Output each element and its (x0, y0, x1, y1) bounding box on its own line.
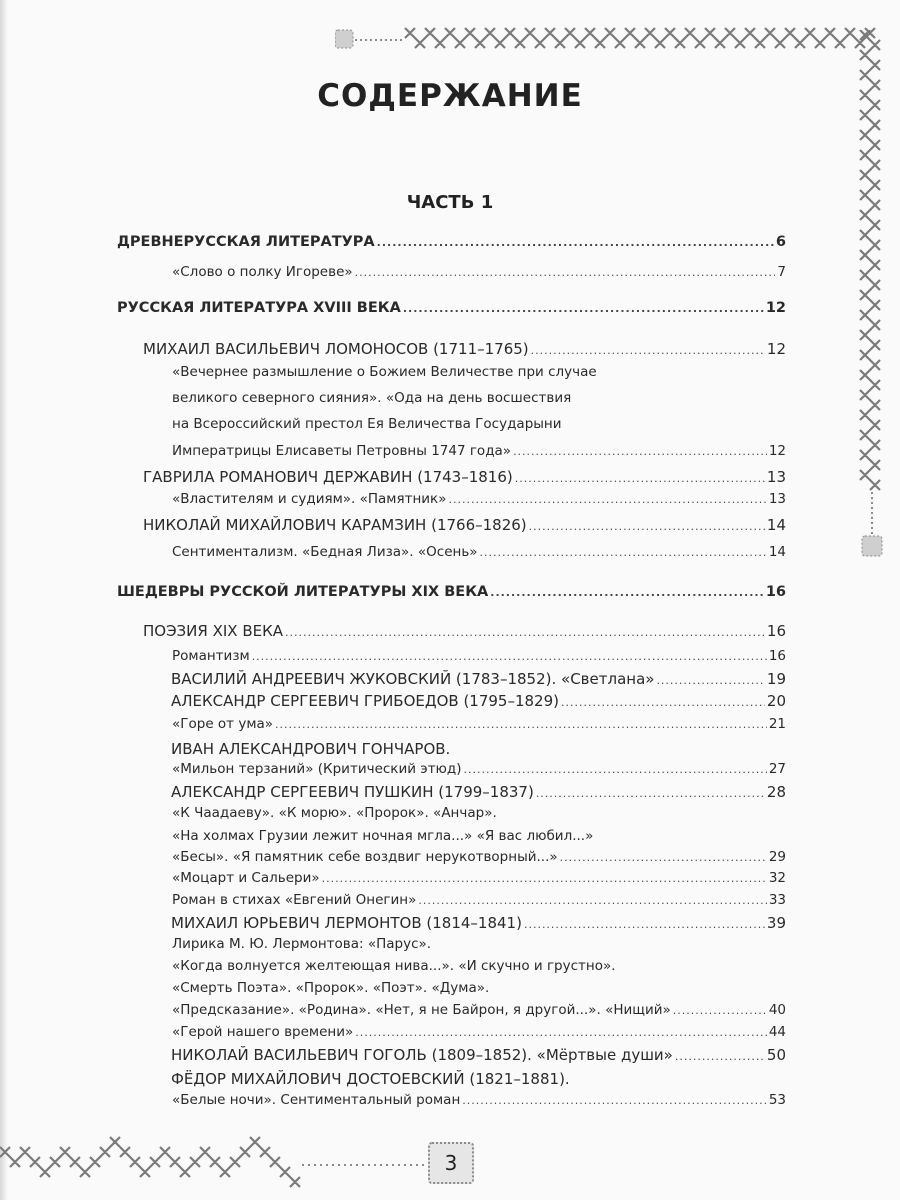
toc-entry-title: великого северного сияния». «Ода на день… (172, 390, 571, 406)
toc-entry: великого северного сияния». «Ода на день… (172, 390, 786, 406)
toc-entry-title: на Всероссийский престол Ея Величества Г… (172, 416, 562, 432)
toc-entry-page: 20 (767, 692, 786, 710)
toc-entry-page: 53 (769, 1092, 786, 1108)
dot-leader (355, 1026, 767, 1039)
dot-leader (560, 851, 767, 864)
dot-leader (480, 546, 767, 559)
toc-entry-title: ДРЕВНЕРУССКАЯ ЛИТЕРАТУРА (117, 234, 375, 250)
toc-entry-title: «На холмах Грузии лежит ночная мгла...» … (172, 828, 593, 844)
dot-leader (418, 894, 766, 907)
toc-entry: АЛЕКСАНДР СЕРГЕЕВИЧ ПУШКИН (1799–1837)28 (171, 783, 786, 801)
toc-entry: ВАСИЛИЙ АНДРЕЕВИЧ ЖУКОВСКИЙ (1783–1852).… (171, 670, 786, 688)
toc-entry: «К Чаадаеву». «К морю». «Пророк». «Анчар… (172, 805, 786, 821)
dot-leader (275, 718, 767, 731)
toc-entry-page: 27 (769, 761, 786, 777)
dot-leader (524, 918, 765, 931)
toc-entry: Сентиментализм. «Бедная Лиза». «Осень»14 (172, 544, 786, 560)
toc-entry-title: Императрицы Елисаветы Петровны 1747 года… (172, 443, 511, 459)
dot-leader (285, 626, 765, 639)
toc-entry: «Бесы». «Я памятник себе воздвиг нерукот… (172, 849, 786, 865)
page-number: 3 (428, 1142, 474, 1184)
toc-entry-title: «Бесы». «Я памятник себе воздвиг нерукот… (172, 849, 558, 865)
toc-entry: на Всероссийский престол Ея Величества Г… (172, 416, 786, 432)
toc-entry-page: 14 (769, 544, 786, 560)
toc-entry-title: НИКОЛАЙ ВАСИЛЬЕВИЧ ГОГОЛЬ (1809–1852). «… (171, 1046, 673, 1064)
dot-leader (252, 650, 767, 663)
toc-entry-title: «Мильон терзаний» (Критический этюд) (172, 761, 462, 777)
toc-entry-title: НИКОЛАЙ МИХАЙЛОВИЧ КАРАМЗИН (1766–1826) (143, 516, 527, 534)
toc-entry-page: 14 (767, 516, 786, 534)
toc-entry: НИКОЛАЙ ВАСИЛЬЕВИЧ ГОГОЛЬ (1809–1852). «… (171, 1046, 786, 1064)
toc-entry-page: 50 (767, 1046, 786, 1064)
dot-leader (322, 872, 767, 885)
dot-leader (490, 586, 764, 599)
toc-entry-title: АЛЕКСАНДР СЕРГЕЕВИЧ ГРИБОЕДОВ (1795–1829… (171, 692, 559, 710)
toc-entry-title: РУССКАЯ ЛИТЕРАТУРА XVIII ВЕКА (117, 300, 401, 316)
toc-entry: МИХАИЛ ВАСИЛЬЕВИЧ ЛОМОНОСОВ (1711–1765)1… (143, 340, 786, 358)
toc-entry: Роман в стихах «Евгений Онегин»33 (172, 892, 786, 908)
toc-entry-title: «Герой нашего времени» (172, 1024, 353, 1040)
toc-entry-page: 16 (766, 584, 786, 600)
toc-entry: «Слово о полку Игореве»7 (172, 264, 786, 280)
toc-entry-title: Сентиментализм. «Бедная Лиза». «Осень» (172, 544, 478, 560)
toc-entry-title: АЛЕКСАНДР СЕРГЕЕВИЧ ПУШКИН (1799–1837) (171, 783, 534, 801)
toc-entry-page: 33 (769, 892, 786, 908)
dot-leader (448, 493, 766, 506)
toc-entry-title: ФЁДОР МИХАЙЛОВИЧ ДОСТОЕВСКИЙ (1821–1881)… (171, 1070, 570, 1088)
toc-entry-title: «Белые ночи». Сентиментальный роман (172, 1092, 460, 1108)
toc-entry-page: 6 (776, 234, 786, 250)
toc-entry: «Герой нашего времени»44 (172, 1024, 786, 1040)
toc-entry-page: 12 (769, 443, 786, 459)
toc-entry-page: 13 (769, 491, 786, 507)
toc-entry: «Мильон терзаний» (Критический этюд)27 (172, 761, 786, 777)
dot-leader (403, 302, 764, 315)
toc-entry: Романтизм16 (172, 648, 786, 664)
toc-entry: МИХАИЛ ЮРЬЕВИЧ ЛЕРМОНТОВ (1814–1841)39 (171, 914, 786, 932)
dot-leader (464, 763, 767, 776)
toc-entry: ГАВРИЛА РОМАНОВИЧ ДЕРЖАВИН (1743–1816)13 (143, 468, 786, 486)
toc-entry: Императрицы Елисаветы Петровны 1747 года… (172, 443, 786, 459)
dot-leader (561, 696, 765, 709)
toc-entry-title: «Когда волнуется желтеющая нива...». «И … (172, 958, 616, 974)
toc-entry-title: Романтизм (172, 648, 250, 664)
toc-entry-title: «Горе от ума» (172, 716, 273, 732)
toc-entry: ШЕДЕВРЫ РУССКОЙ ЛИТЕРАТУРЫ XIX ВЕКА16 (117, 584, 786, 600)
toc-entry-title: «Вечернее размышление о Божием Величеств… (172, 364, 597, 380)
toc-entry: «Горе от ума»21 (172, 716, 786, 732)
toc-entry: «Вечернее размышление о Божием Величеств… (172, 364, 786, 380)
toc-entry-page: 19 (767, 670, 786, 688)
toc-entry: Лирика М. Ю. Лермонтова: «Парус». (172, 936, 786, 952)
dot-leader (675, 1050, 765, 1063)
dot-leader (673, 1004, 767, 1017)
toc-entry-title: МИХАИЛ ЮРЬЕВИЧ ЛЕРМОНТОВ (1814–1841) (171, 914, 522, 932)
toc-entry: ИВАН АЛЕКСАНДРОВИЧ ГОНЧАРОВ. (171, 740, 786, 758)
toc-entry: «Белые ночи». Сентиментальный роман53 (172, 1092, 786, 1108)
toc-entry: «Властителям и судиям». «Памятник»13 (172, 491, 786, 507)
toc-entry: «Предсказание». «Родина». «Нет, я не Бай… (172, 1002, 786, 1018)
toc-entry-page: 13 (767, 468, 786, 486)
toc-entry-title: ГАВРИЛА РОМАНОВИЧ ДЕРЖАВИН (1743–1816) (143, 468, 513, 486)
toc-entry-title: «Слово о полку Игореве» (172, 264, 353, 280)
toc-entry-title: Лирика М. Ю. Лермонтова: «Парус». (172, 936, 431, 952)
toc-entry-page: 40 (769, 1002, 786, 1018)
toc-entry-title: Роман в стихах «Евгений Онегин» (172, 892, 416, 908)
toc-entry-title: «К Чаадаеву». «К морю». «Пророк». «Анчар… (172, 805, 497, 821)
toc-entry-title: ИВАН АЛЕКСАНДРОВИЧ ГОНЧАРОВ. (171, 740, 450, 758)
toc-entry: «Смерть Поэта». «Пророк». «Поэт». «Дума»… (172, 980, 786, 996)
toc-entry-page: 16 (769, 648, 786, 664)
toc-entry-title: ВАСИЛИЙ АНДРЕЕВИЧ ЖУКОВСКИЙ (1783–1852).… (171, 670, 654, 688)
toc-entry: «Моцарт и Сальери»32 (172, 870, 786, 886)
toc-entry-page: 39 (767, 914, 786, 932)
table-of-contents: ДРЕВНЕРУССКАЯ ЛИТЕРАТУРА6«Слово о полку … (0, 0, 900, 1200)
dot-leader (355, 266, 776, 279)
toc-entry: «Когда волнуется желтеющая нива...». «И … (172, 958, 786, 974)
toc-entry-title: «Моцарт и Сальери» (172, 870, 320, 886)
toc-entry-title: «Предсказание». «Родина». «Нет, я не Бай… (172, 1002, 671, 1018)
toc-entry-page: 7 (777, 264, 786, 280)
toc-entry: ДРЕВНЕРУССКАЯ ЛИТЕРАТУРА6 (117, 234, 786, 250)
toc-entry-title: МИХАИЛ ВАСИЛЬЕВИЧ ЛОМОНОСОВ (1711–1765) (143, 340, 529, 358)
dot-leader (462, 1094, 767, 1107)
toc-entry-page: 28 (767, 783, 786, 801)
toc-entry-title: ШЕДЕВРЫ РУССКОЙ ЛИТЕРАТУРЫ XIX ВЕКА (117, 584, 488, 600)
book-page: СОДЕРЖАНИЕ ЧАСТЬ 1 ДРЕВНЕРУССКАЯ ЛИТЕРАТ… (0, 0, 900, 1200)
toc-entry-page: 21 (769, 716, 786, 732)
toc-entry: ПОЭЗИЯ XIX ВЕКА16 (143, 622, 786, 640)
toc-entry-page: 12 (767, 340, 786, 358)
dot-leader (515, 472, 765, 485)
toc-entry-page: 12 (766, 300, 786, 316)
toc-entry-title: ПОЭЗИЯ XIX ВЕКА (143, 622, 283, 640)
dot-leader (529, 520, 765, 533)
toc-entry-title: «Смерть Поэта». «Пророк». «Поэт». «Дума»… (172, 980, 489, 996)
dot-leader (536, 787, 765, 800)
toc-entry-page: 44 (769, 1024, 786, 1040)
dot-leader (531, 344, 765, 357)
toc-entry-page: 16 (767, 622, 786, 640)
toc-entry: РУССКАЯ ЛИТЕРАТУРА XVIII ВЕКА12 (117, 300, 786, 316)
toc-entry: АЛЕКСАНДР СЕРГЕЕВИЧ ГРИБОЕДОВ (1795–1829… (171, 692, 786, 710)
toc-entry: НИКОЛАЙ МИХАЙЛОВИЧ КАРАМЗИН (1766–1826)1… (143, 516, 786, 534)
dot-leader (656, 674, 764, 687)
dot-leader (377, 236, 774, 249)
toc-entry: «На холмах Грузии лежит ночная мгла...» … (172, 828, 786, 844)
toc-entry-title: «Властителям и судиям». «Памятник» (172, 491, 446, 507)
toc-entry-page: 32 (769, 870, 786, 886)
toc-entry-page: 29 (769, 849, 786, 865)
dot-leader (513, 445, 767, 458)
toc-entry: ФЁДОР МИХАЙЛОВИЧ ДОСТОЕВСКИЙ (1821–1881)… (171, 1070, 786, 1088)
